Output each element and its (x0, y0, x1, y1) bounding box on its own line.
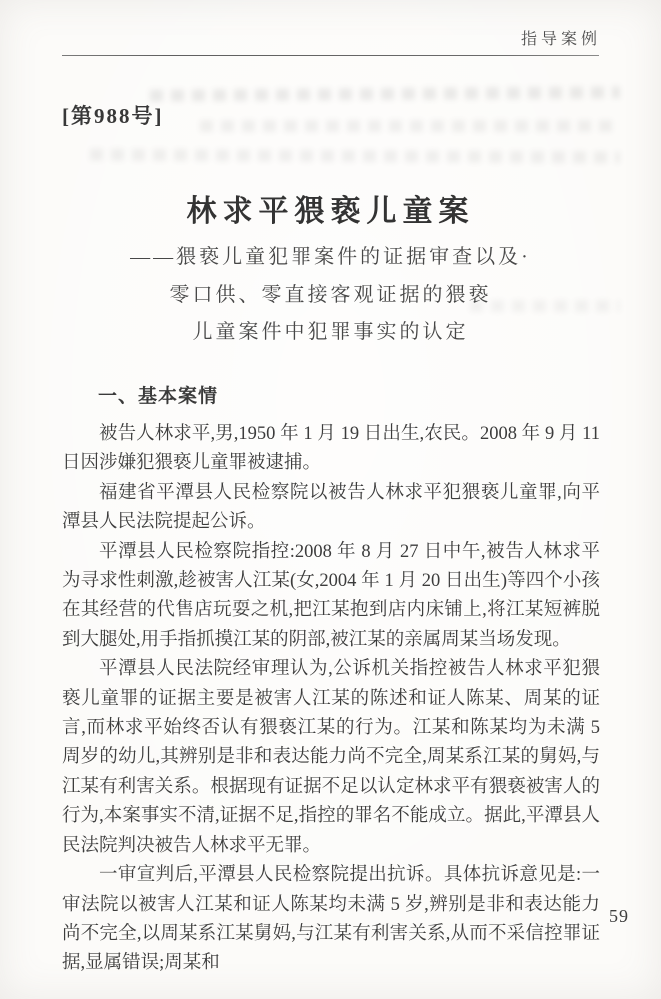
section-heading: 一、基本案情 (98, 381, 218, 408)
page-showthrough (90, 149, 620, 164)
subtitle-line: 零口供、零直接客观证据的猥亵 (0, 277, 661, 315)
subtitle-line: ——猥亵儿童犯罪案件的证据审查以及· (0, 239, 661, 277)
running-title: 指导案例 (521, 26, 601, 49)
page-showthrough (200, 120, 620, 132)
page-showthrough (150, 86, 620, 101)
case-title: 林求平猥亵儿童案 (0, 186, 661, 230)
case-number: [第988号] (62, 100, 164, 130)
body-text: 被告人林求平,男,1950 年 1 月 19 日出生,农民。2008 年 9 月… (62, 420, 600, 979)
body-paragraph: 平潭县人民检察院指控:2008 年 8 月 27 日中午,被告人林求平为寻求性刺… (62, 538, 600, 656)
header-rule (62, 55, 599, 56)
body-paragraph: 被告人林求平,男,1950 年 1 月 19 日出生,农民。2008 年 9 月… (62, 420, 600, 479)
body-paragraph: 福建省平潭县人民检察院以被告人林求平犯猥亵儿童罪,向平潭县人民法院提起公诉。 (62, 479, 600, 538)
case-subtitle: ——猥亵儿童犯罪案件的证据审查以及· 零口供、零直接客观证据的猥亵 儿童案件中犯… (0, 239, 661, 352)
body-paragraph: 一审宣判后,平潭县人民检察院提出抗诉。具体抗诉意见是:一审法院以被害人江某和证人… (62, 861, 600, 979)
subtitle-line: 儿童案件中犯罪事实的认定 (0, 314, 661, 352)
page-number: 59 (609, 906, 629, 927)
body-paragraph: 平潭县人民法院经审理认为,公诉机关指控被告人林求平犯猥亵儿童罪的证据主要是被害人… (62, 655, 600, 861)
document-page: 指导案例 [第988号] 林求平猥亵儿童案 ——猥亵儿童犯罪案件的证据审查以及·… (0, 0, 661, 999)
